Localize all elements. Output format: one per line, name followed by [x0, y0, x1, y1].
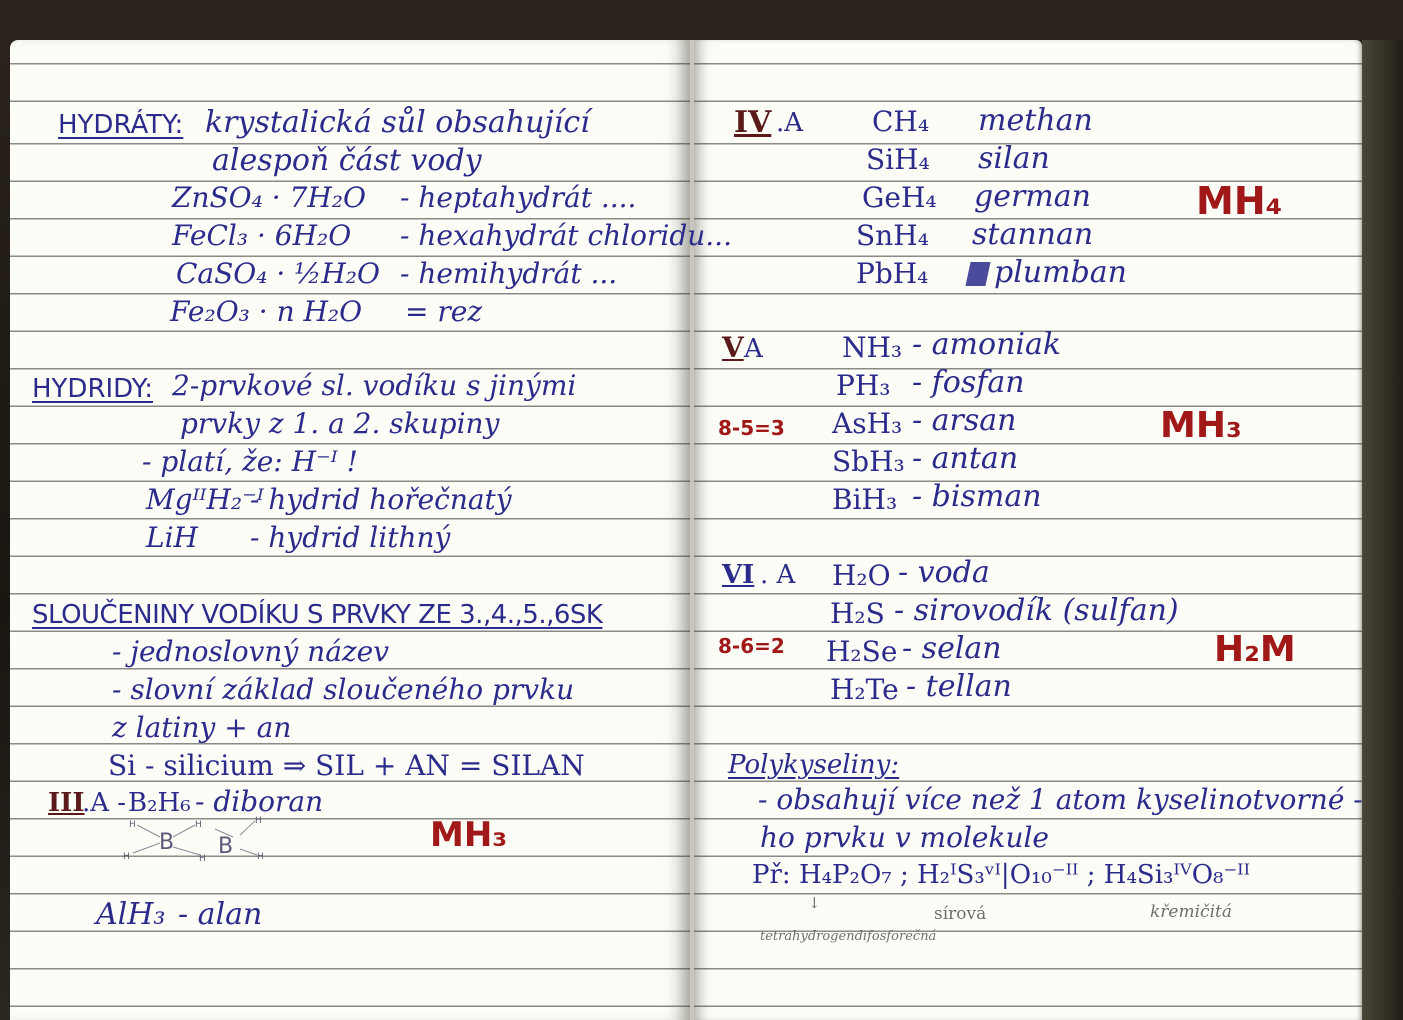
group-v-general-formula: MH₃ [1160, 408, 1242, 444]
svg-text:H: H [255, 816, 262, 826]
group-iv-formula: PbH₄ [856, 260, 928, 288]
pencil-arrow: ↓ [808, 896, 821, 911]
svg-text:H: H [129, 820, 136, 830]
group-iii-formula: B₂H₆ [128, 790, 191, 816]
slouceniny-heading: SLOUČENINY VODÍKU S PRVKY ZE 3.,4.,5.,6S… [32, 602, 602, 628]
group-vi-name: - voda [898, 558, 990, 588]
group-v-suffix: A [744, 336, 763, 362]
svg-text:H: H [123, 852, 130, 862]
polykyseliny-heading: Polykyseliny: [728, 752, 899, 778]
group-iii-name: - diboran [195, 788, 323, 816]
group-v-formula: NH₃ [842, 334, 902, 362]
polykyseliny-line1: - obsahují více než 1 atom kyselinotvorn… [758, 786, 1363, 814]
group-vi-formula: H₂S [830, 600, 885, 628]
hydridy-heading: HYDRIDY: [32, 376, 153, 402]
diborane-structure-sketch: H H B H H B H H [115, 815, 275, 865]
svg-text:H: H [257, 852, 264, 862]
group-iv-name: methan [978, 106, 1093, 136]
polykyseliny-line2: ho prvku v molekule [760, 824, 1049, 852]
group-v-formula: SbH₃ [832, 448, 905, 476]
hydraty-definition-line2: alespoň část vody [212, 146, 482, 176]
svg-text:H: H [195, 820, 202, 830]
group-iii-label: III [48, 790, 85, 816]
group-iii-general-formula: MH₃ [430, 818, 507, 852]
group-iv-formula: GeH₄ [862, 184, 937, 212]
hydridy-definition-line1: 2-prvkové sl. vodíku s jinými [172, 372, 576, 400]
hydrate-example-formula: FeCl₃ · 6H₂O [172, 222, 351, 250]
pencil-note-sirova: sírová [934, 906, 986, 923]
group-v-formula: PH₃ [836, 372, 890, 400]
hydrate-example-name: = rez [405, 298, 482, 326]
hydrate-example-name: - hemihydrát ... [400, 260, 617, 288]
hydridy-note: - platí, že: H⁻ᴵ ! [142, 448, 358, 476]
group-v-name: - fosfan [912, 368, 1025, 398]
group-v-name: - arsan [912, 406, 1017, 436]
group-v-formula: BiH₃ [832, 486, 897, 514]
hydraty-definition-line1: krystalická sůl obsahující [205, 108, 590, 138]
group-vi-name: - tellan [906, 672, 1012, 702]
hydrate-example-formula: ZnSO₄ · 7H₂O [172, 184, 366, 212]
group-vi-suffix: . A [760, 562, 795, 588]
group-vi-name: - selan [902, 634, 1002, 664]
group-iv-general-formula: MH₄ [1196, 182, 1282, 220]
group-iv-suffix: .A [776, 110, 803, 136]
hydride-example-name: - hydrid hořečnatý [250, 486, 512, 514]
pencil-note-kremicita: křemičitá [1150, 904, 1232, 921]
hydride-example-formula: LiH [146, 524, 198, 552]
group-vi-formula: H₂Se [826, 638, 897, 666]
slouceniny-point: - jednoslovný název [112, 638, 389, 666]
group-iv-name: stannan [972, 220, 1093, 250]
group-v-name: - antan [912, 444, 1018, 474]
group-v-rule: 8-5=3 [718, 418, 785, 438]
group-vi-formula: H₂O [832, 562, 891, 590]
group-vi-label: VI [722, 562, 754, 588]
group-iv-formula: CH₄ [872, 108, 929, 136]
group-v-formula: AsH₃ [832, 410, 902, 438]
group-iv-name: plumban [994, 258, 1127, 288]
hydraty-heading: HYDRÁTY: [58, 112, 183, 138]
svg-text:B: B [218, 834, 233, 859]
alane-name: - alan [178, 900, 262, 930]
slouceniny-point: - slovní základ sloučeného prvku [112, 676, 574, 704]
group-iv-formula: SnH₄ [856, 222, 929, 250]
svg-text:B: B [159, 830, 174, 855]
group-vi-rule: 8-6=2 [718, 636, 785, 656]
hydride-example-formula: MgᴵᴵH₂⁻ᴵ [146, 486, 264, 514]
hydridy-definition-line2: prvky z 1. a 2. skupiny [180, 410, 499, 438]
hydrate-example-name: - heptahydrát .... [400, 184, 636, 212]
alane-formula: AlH₃ [96, 900, 165, 930]
group-iv-label: IV [734, 108, 771, 138]
hydrate-example-name: - hexahydrát chloridu... [400, 222, 732, 250]
svg-text:H: H [199, 854, 206, 864]
group-iii-suffix: .A - [82, 790, 126, 816]
background-edge [1362, 40, 1403, 1020]
group-iv-name: silan [978, 144, 1050, 174]
group-v-label: V [722, 334, 744, 362]
group-iv-name: german [974, 182, 1091, 212]
group-vi-general-formula: H₂M [1214, 632, 1296, 668]
group-iv-formula: SiH₄ [866, 146, 930, 174]
group-vi-formula: H₂Te [830, 676, 899, 704]
slouceniny-example: Si - silicium ⇒ SIL + AN = SILAN [108, 752, 585, 780]
polykyseliny-example: Př: H₄P₂O₇ ; H₂ᴵS₃ᵛᴵ|O₁₀⁻ᴵᴵ ; H₄Si₃ᴵⱽO₈⁻… [752, 862, 1250, 888]
hydrate-example-formula: CaSO₄ · ½H₂O [176, 260, 380, 288]
slouceniny-point: z latiny + an [112, 714, 291, 742]
group-v-name: - bisman [912, 482, 1042, 512]
hydrate-example-formula: Fe₂O₃ · n H₂O [170, 298, 362, 326]
group-v-name: - amoniak [912, 330, 1061, 360]
pencil-note-difosforecna: tetrahydrogendifosforečná [760, 930, 936, 943]
hydride-example-name: - hydrid lithný [250, 524, 450, 552]
group-vi-name: - sirovodík (sulfan) [894, 596, 1179, 626]
